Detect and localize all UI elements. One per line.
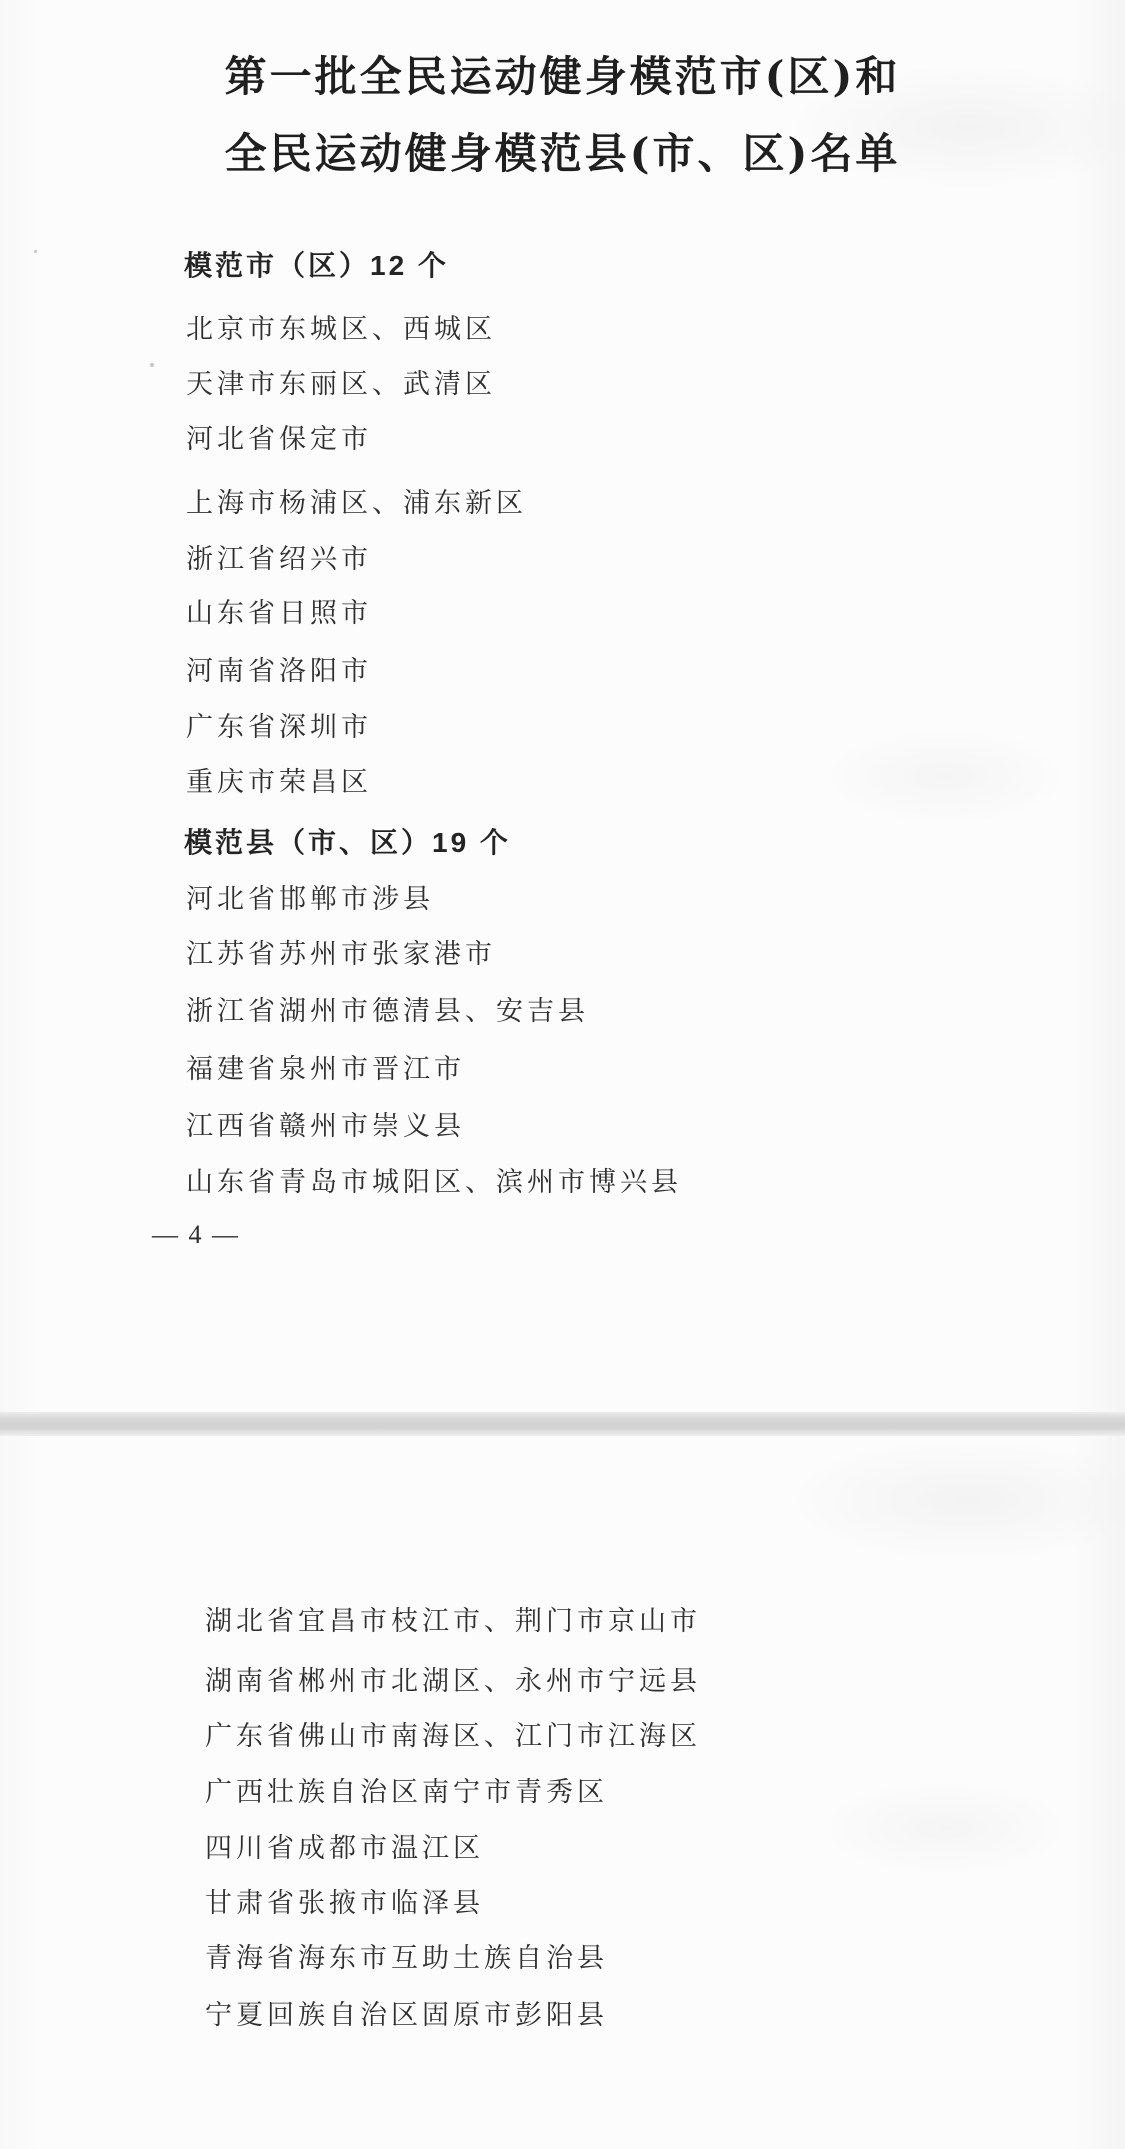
list-item: 天津市东丽区、武清区 <box>186 371 496 398</box>
list-item: 湖北省宜昌市枝江市、荆门市京山市 <box>205 1608 701 1635</box>
list-item: 福建省泉州市晋江市 <box>186 1056 465 1083</box>
list-item: 四川省成都市温江区 <box>205 1835 484 1862</box>
list-item: 山东省青岛市城阳区、滨州市博兴县 <box>186 1169 682 1196</box>
list-item: 江苏省苏州市张家港市 <box>186 941 496 968</box>
document-page-1: 第一批全民运动健身模范市(区)和 全民运动健身模范县(市、区)名单 模范市（区）… <box>0 0 1125 1412</box>
list-item: 宁夏回族自治区固原市彭阳县 <box>205 2002 608 2029</box>
list-item: 重庆市荣昌区 <box>186 769 372 796</box>
section-header-model-cities: 模范市（区）12 个 <box>184 252 449 280</box>
scan-speck <box>34 250 37 253</box>
list-item: 江西省赣州市崇义县 <box>186 1113 465 1140</box>
list-item: 广西壮族自治区南宁市青秀区 <box>205 1779 608 1806</box>
list-item: 湖南省郴州市北湖区、永州市宁远县 <box>205 1668 701 1695</box>
list-item: 河南省洛阳市 <box>186 658 372 685</box>
list-item: 河北省保定市 <box>186 426 372 453</box>
list-item: 浙江省湖州市德清县、安吉县 <box>186 998 589 1025</box>
page-number: — 4 — <box>152 1222 240 1248</box>
document-title-line-2: 全民运动健身模范县(市、区)名单 <box>0 133 1125 175</box>
page-separator <box>0 1412 1125 1436</box>
document-page-2: 湖北省宜昌市枝江市、荆门市京山市 湖南省郴州市北湖区、永州市宁远县 广东省佛山市… <box>0 1436 1125 2149</box>
list-item: 广东省佛山市南海区、江门市江海区 <box>205 1723 701 1750</box>
document-title-line-1: 第一批全民运动健身模范市(区)和 <box>0 56 1125 98</box>
list-item: 甘肃省张掖市临泽县 <box>205 1890 484 1917</box>
list-item: 山东省日照市 <box>186 600 372 627</box>
list-item: 浙江省绍兴市 <box>186 546 372 573</box>
scan-speck <box>150 363 154 367</box>
section-header-model-counties: 模范县（市、区）19 个 <box>184 829 511 857</box>
list-item: 河北省邯郸市涉县 <box>186 886 434 913</box>
list-item: 上海市杨浦区、浦东新区 <box>186 490 527 517</box>
list-item: 青海省海东市互助土族自治县 <box>205 1945 608 1972</box>
list-item: 北京市东城区、西城区 <box>186 316 496 343</box>
list-item: 广东省深圳市 <box>186 714 372 741</box>
scanned-document-view: 第一批全民运动健身模范市(区)和 全民运动健身模范县(市、区)名单 模范市（区）… <box>0 0 1125 2149</box>
